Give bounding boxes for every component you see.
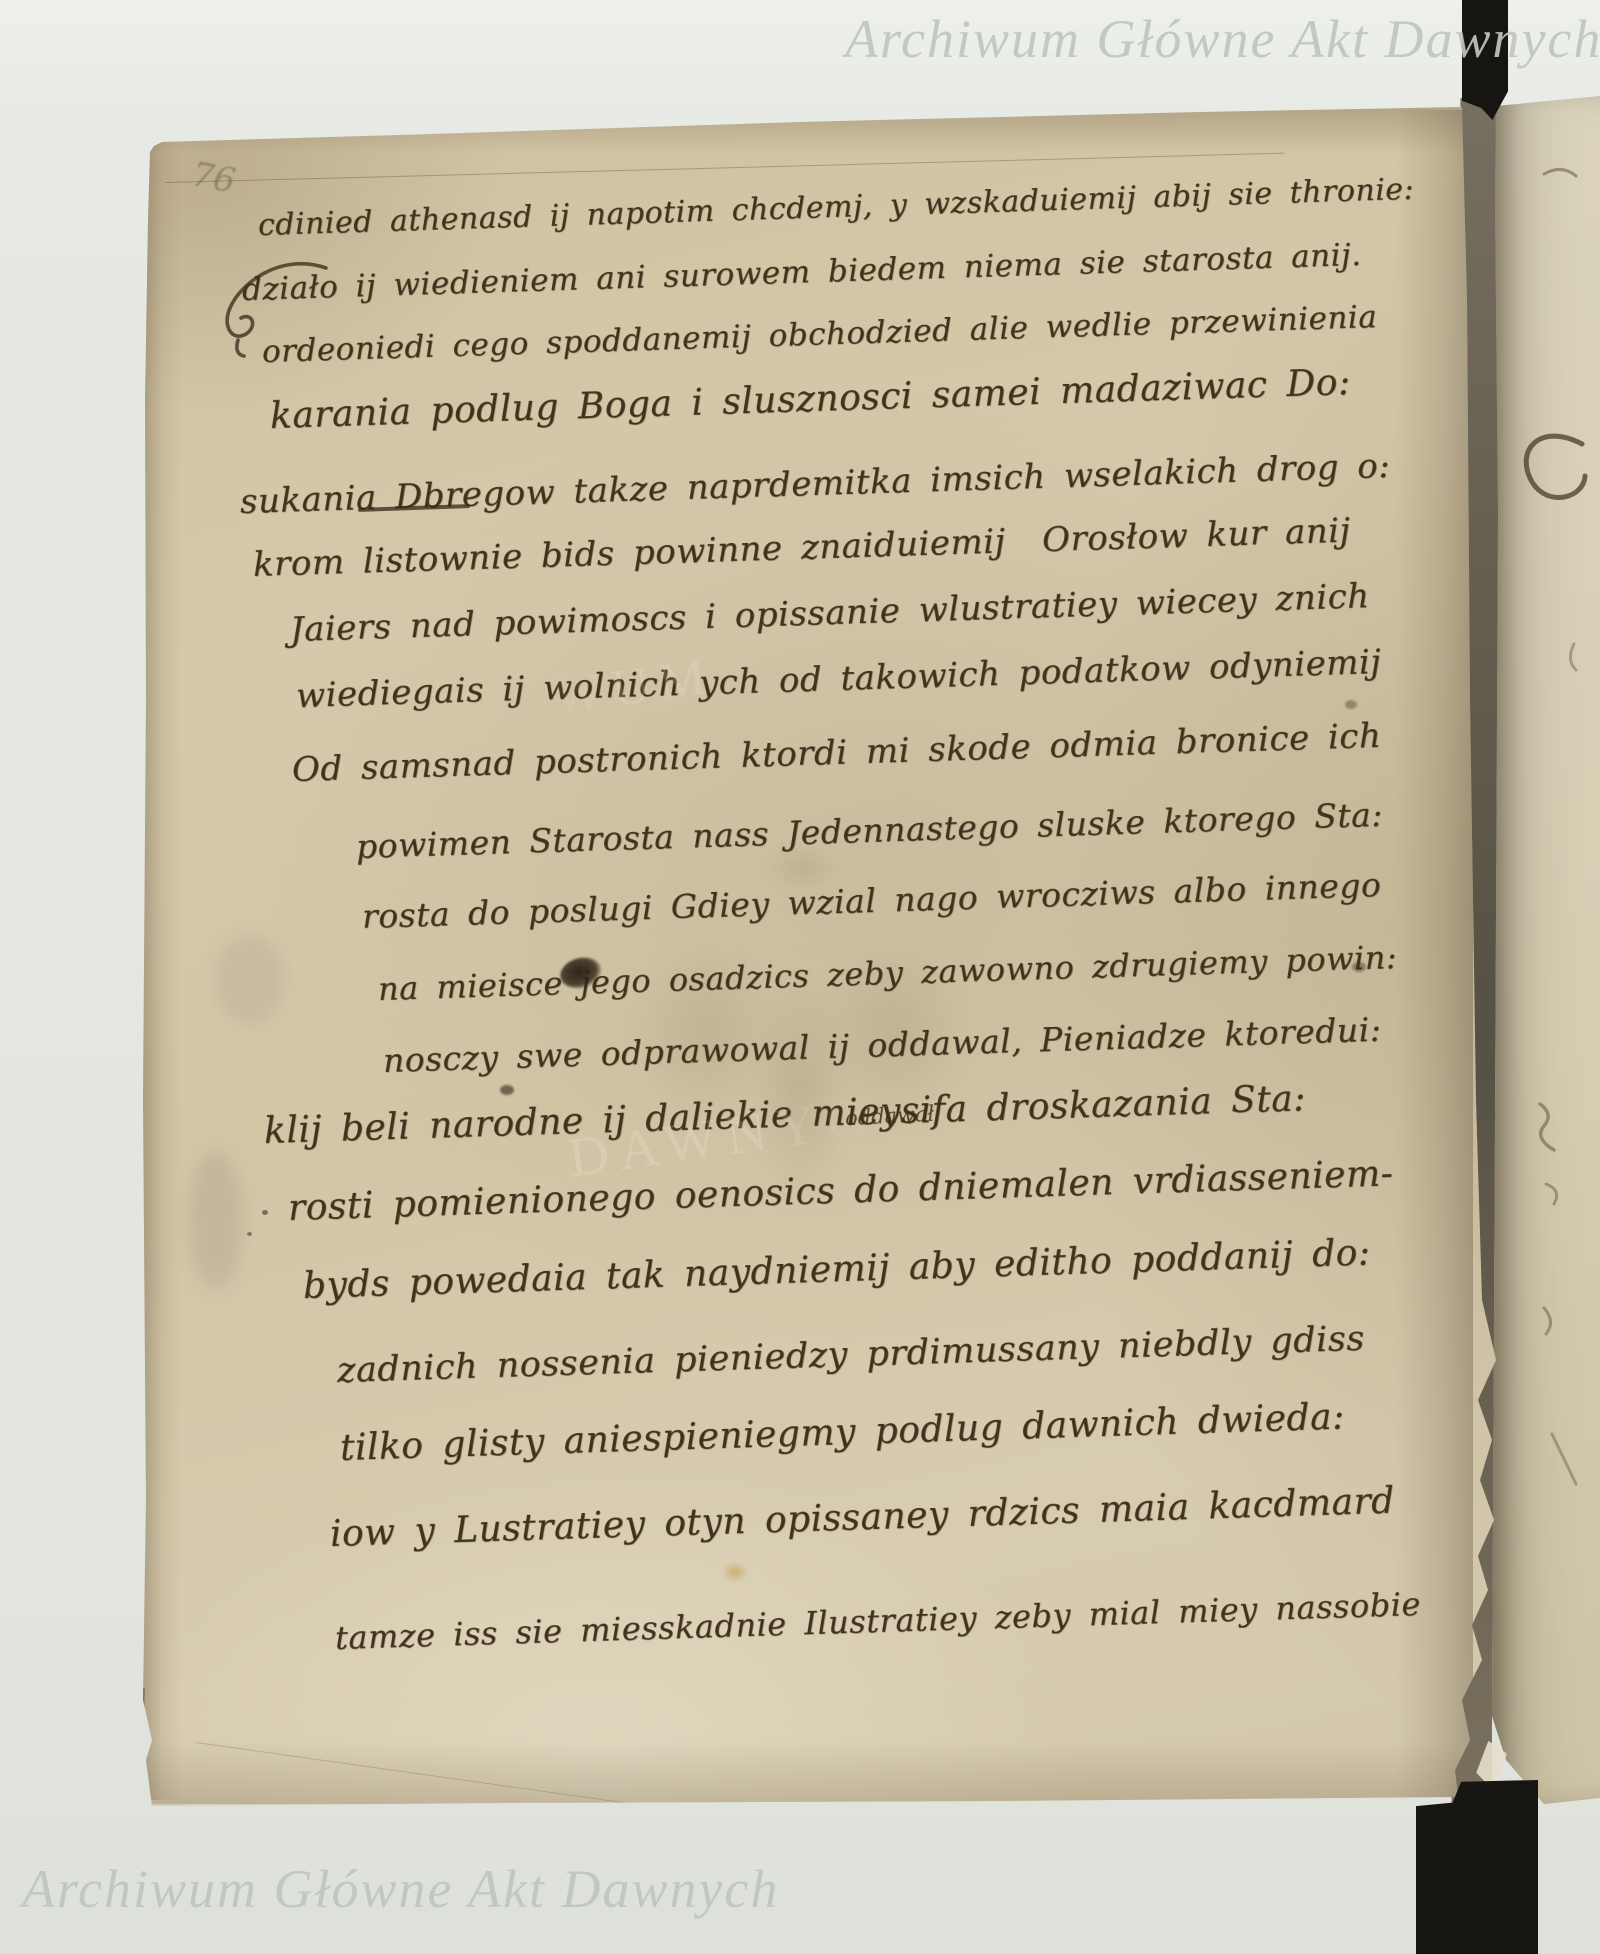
bottom-crease-line xyxy=(196,1742,644,1806)
ink-speck xyxy=(262,1210,268,1215)
page-edge-shading-top xyxy=(148,104,1468,154)
manuscript-line: rosti pomienionego oenosics do dniemalen… xyxy=(287,1153,1394,1229)
interlinear-correction: oddawał xyxy=(844,1102,934,1131)
manuscript-page: 76 cdinied athenasd ij napotim chcdemj, … xyxy=(128,90,1500,1812)
manuscript-line: karania podlug Boga i slusznosci samei m… xyxy=(269,362,1351,437)
manuscript-line: ordeoniedi cego spoddanemij obchodzied a… xyxy=(261,299,1377,370)
manuscript-line: klij beli narodne ij daliekie mieysifa d… xyxy=(263,1078,1306,1152)
gray-smudge xyxy=(215,935,285,1025)
ink-speck xyxy=(247,1232,252,1236)
top-crease-line xyxy=(165,153,1285,183)
yellow-stain xyxy=(722,1562,748,1582)
manuscript-line: nosczy swe odprawowal ij oddawal, Pienia… xyxy=(382,1010,1381,1080)
page-edge-shading-bottom xyxy=(146,1740,1461,1804)
manuscript-line: Od samsnad postronich ktordi mi skode od… xyxy=(291,716,1381,790)
scan-backdrop: 76 cdinied athenasd ij napotim chcdemj, … xyxy=(0,0,1600,1954)
page-fold-shading-right xyxy=(1395,110,1473,1800)
seal-body-blot xyxy=(750,968,850,1203)
film-strip-bottom xyxy=(1416,1780,1538,1954)
manuscript-line: zadnich nossenia pieniedzy prdimussany n… xyxy=(336,1319,1365,1391)
page-edge-shading-left xyxy=(142,140,182,1800)
pencil-folio-note: 76 xyxy=(189,155,239,202)
manuscript-line: działo ij wiedieniem ani surowem biedem … xyxy=(241,237,1362,308)
manuscript-line: tilko glisty aniespieniegmy podlug dawni… xyxy=(339,1396,1345,1469)
gray-smudge xyxy=(188,1150,243,1290)
ink-speck xyxy=(1352,962,1366,972)
film-strip-top xyxy=(1462,0,1508,120)
adjacent-page-edge xyxy=(1486,92,1600,1806)
manuscript-line: krom listownie bids powinne znaiduiemij … xyxy=(252,511,1351,585)
manuscript-line: cdinied athenasd ij napotim chcdemj, y w… xyxy=(257,172,1414,243)
manuscript-line: iow y Lustratiey otyn opissaney rdzics m… xyxy=(329,1481,1395,1555)
manuscript-line: Jaiers nad powimoscs i opissanie wlustra… xyxy=(289,576,1370,650)
ink-speck xyxy=(1345,700,1357,709)
manuscript-line: na mieisce jego osadzics zeby zawowno zd… xyxy=(377,938,1397,1008)
edge-curl-mark xyxy=(138,1688,159,1799)
manuscript-line: tamze iss sie miesskadnie Ilustratiey ze… xyxy=(334,1585,1421,1657)
archive-watermark-bottom: Archiwum Główne Akt Dawnych xyxy=(22,1858,779,1920)
sliver-ink-marks xyxy=(1486,92,1600,1806)
manuscript-line: rosta do poslugi Gdiey wzial nago wroczi… xyxy=(361,865,1381,936)
manuscript-line: byds powedaia tak naydniemij aby editho … xyxy=(302,1232,1371,1307)
manuscript-line: sukania Dbregow takze naprdemitka imsich… xyxy=(239,446,1390,522)
manuscript-line: powimen Starosta nass Jedennastego slusk… xyxy=(355,795,1383,866)
manuscript-line: wiediegais ij wolnich ych od takowich po… xyxy=(295,642,1382,716)
ink-blot xyxy=(500,1085,514,1095)
